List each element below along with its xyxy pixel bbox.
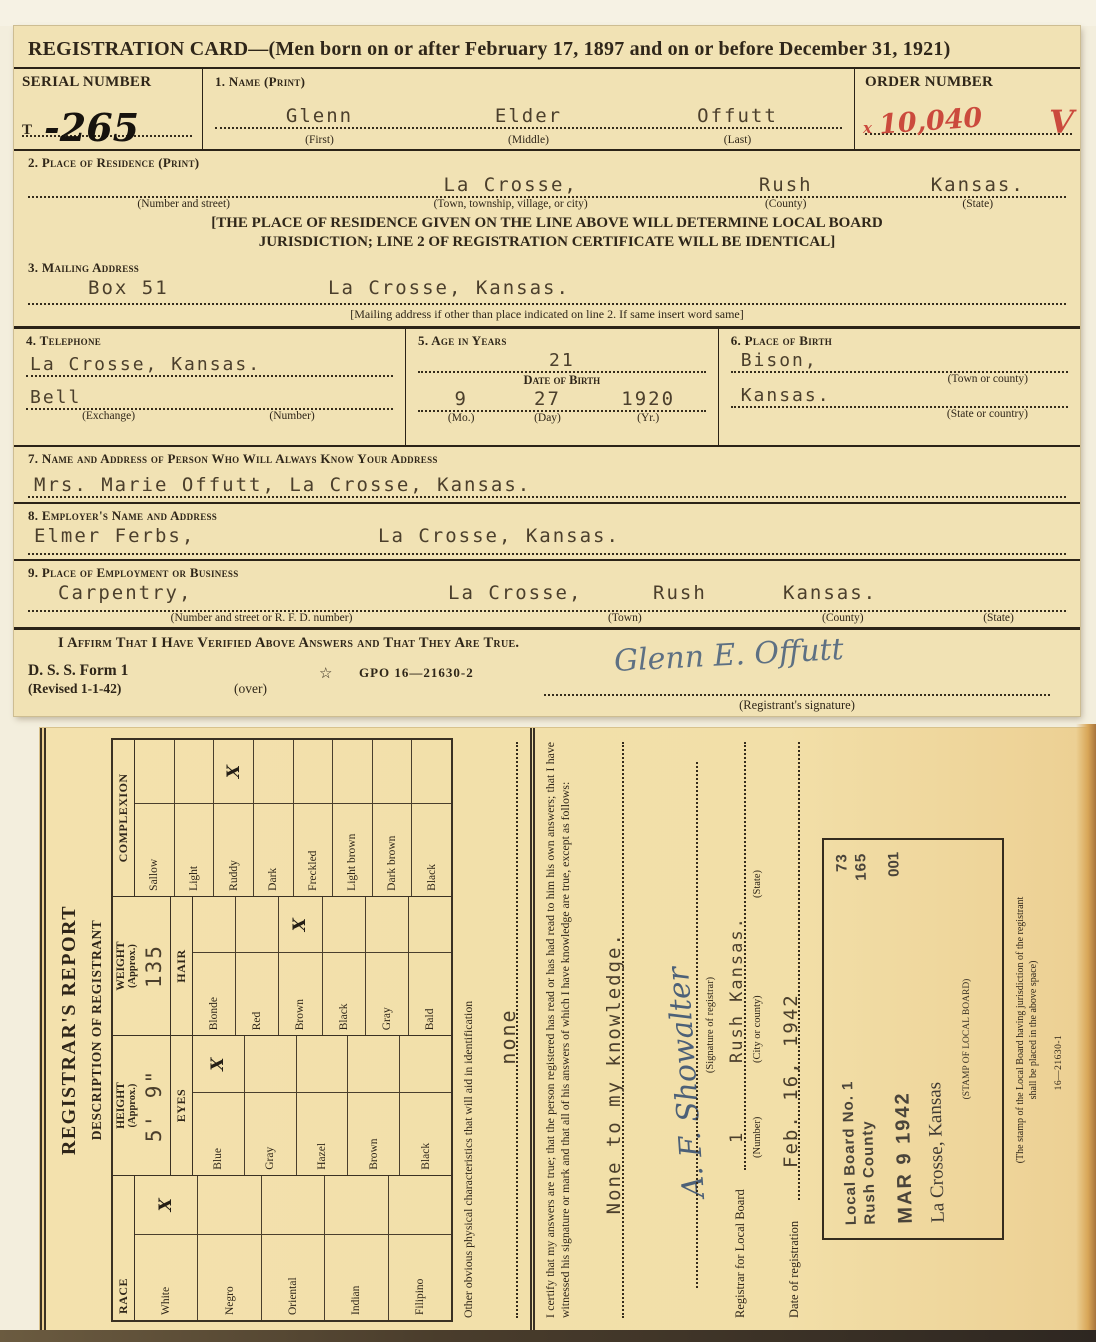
local-board-stamp: Local Board No. 1 73 Rush County 165 MAR… xyxy=(831,851,950,1226)
name-sub-middle: (Middle) xyxy=(424,134,633,146)
stamp-note-line1: (The stamp of the Local Board having jur… xyxy=(1014,728,1027,1332)
complexion-row-light: Light xyxy=(175,740,215,896)
employment-sub-street: (Number and street or R. F. D. number) xyxy=(28,612,495,624)
serial-number-cell: SERIAL NUMBER T -265 xyxy=(14,69,203,149)
eyes-label: Hazel xyxy=(316,1093,328,1175)
residence-street-blank xyxy=(28,174,339,196)
residence-typed-row: La Crosse, Rush Kansas. xyxy=(28,174,1066,196)
form-revision: (Revised 1-1-42) xyxy=(28,681,121,697)
complexion-row-sallow: Sallow xyxy=(135,740,175,896)
hair-mark xyxy=(409,897,451,954)
eyes-row-gray: Gray xyxy=(245,1036,297,1174)
height-header: HEIGHT xyxy=(115,1036,127,1174)
form-number: D. S. S. Form 1 xyxy=(28,662,128,680)
employer-name: Elmer Ferbs, xyxy=(34,525,195,547)
telephone-cell: 4. Telephone La Crosse, Kansas. Bell (Ex… xyxy=(14,329,406,445)
race-label: Filipino xyxy=(414,1235,426,1320)
scan-margin-top xyxy=(0,0,1096,26)
mailing-city: La Crosse, Kansas. xyxy=(328,277,570,299)
complexion-mark xyxy=(175,740,214,804)
employer-label: 8. Employer's Name and Address xyxy=(28,508,217,523)
card-title: REGISTRATION CARD—(Men born on or after … xyxy=(14,26,1080,69)
local-board-sublabels: (Number) (City or county) (State) xyxy=(752,742,766,1318)
residence-sublabels: (Number and street) (Town, township, vil… xyxy=(28,198,1066,212)
employment-sub-county: (County) xyxy=(755,612,931,624)
stamp-code-1: 73 xyxy=(833,853,850,872)
birthplace-sub-state: (State or country) xyxy=(947,408,1028,420)
scan-edge-bottom xyxy=(0,1330,1096,1342)
hair-mark: X xyxy=(279,897,321,954)
hair-row-bald: Bald xyxy=(409,897,451,1035)
hair-label: Red xyxy=(251,953,263,1035)
double-rule xyxy=(530,728,535,1332)
residence-sub-state: (State) xyxy=(890,198,1066,210)
other-characteristics-label: Other obvious physical characteristics t… xyxy=(461,742,476,1318)
registration-card-back: REGISTRAR'S REPORT DESCRIPTION OF REGIST… xyxy=(40,728,1096,1332)
order-number-label: ORDER NUMBER xyxy=(865,74,993,90)
date-of-registration-label: Date of registration xyxy=(787,1221,802,1318)
dotted-line xyxy=(28,496,1066,498)
employer-section: 8. Employer's Name and Address Elmer Fer… xyxy=(14,504,1080,555)
star-icon: ☆ xyxy=(319,664,332,683)
hair-mark xyxy=(323,897,365,954)
name-label: 1. Name (Print) xyxy=(215,74,305,89)
residence-label: 2. Place of Residence (Print) xyxy=(28,155,199,170)
race-row-oriental: Oriental xyxy=(262,1176,325,1320)
complexion-mark xyxy=(333,740,372,804)
complexion-header: COMPLEXION xyxy=(113,740,135,896)
weight-header: WEIGHT xyxy=(115,897,127,1035)
residence-town: La Crosse, xyxy=(339,174,682,196)
local-board-sub-city: (City or county) xyxy=(752,995,763,1063)
eyes-label: Blue xyxy=(212,1093,224,1175)
residence-section: 2. Place of Residence (Print) La Crosse,… xyxy=(14,151,1080,212)
dob-sublabels: (Mo.) (Day) (Yr.) xyxy=(418,412,706,424)
contact-label: 7. Name and Address of Person Who Will A… xyxy=(28,451,438,466)
telephone-age-birth-row: 4. Telephone La Crosse, Kansas. Bell (Ex… xyxy=(14,329,1080,447)
weight-hair-column: WEIGHT (Approx.) 135 HAIR Blonde Red Bro… xyxy=(113,897,451,1036)
employment-typed-row: Carpentry, La Crosse, Rush Kansas. xyxy=(28,582,1066,610)
jurisdiction-notice: [THE PLACE OF RESIDENCE GIVEN ON THE LIN… xyxy=(14,212,1080,256)
eyes-row-blue: Blue X xyxy=(193,1036,245,1174)
name-first: Glenn xyxy=(215,105,424,127)
eyes-row-black: Black xyxy=(400,1036,451,1174)
complexion-mark xyxy=(254,740,293,804)
registrar-signature-label: (Signature of registrar) xyxy=(705,762,716,1288)
jurisdiction-notice-line2: JURISDICTION; LINE 2 OF REGISTRATION CER… xyxy=(34,233,1060,252)
complexion-row-dark: Dark xyxy=(254,740,294,896)
local-board-stamp-box: Local Board No. 1 73 Rush County 165 MAR… xyxy=(822,838,1004,1240)
hair-row-brown: Brown X xyxy=(279,897,322,1035)
employer-city: La Crosse, Kansas. xyxy=(378,525,620,547)
eyes-label: Brown xyxy=(368,1093,380,1175)
dotted-line xyxy=(28,553,1066,555)
dotted-line xyxy=(215,127,842,129)
mailing-box: Box 51 xyxy=(88,277,169,299)
telephone-line2: Bell xyxy=(30,387,393,408)
scan-edge-right xyxy=(1076,724,1096,1330)
stamp-note-line2: shall be placed in the above space) xyxy=(1027,728,1040,1332)
employment-sub-state: (State) xyxy=(931,612,1066,624)
height-eyes-column: HEIGHT (Approx.) 5' 9" EYES Blue X Gray … xyxy=(113,1036,451,1175)
complexion-mark: X xyxy=(214,740,253,804)
local-board-label: Registrar for Local Board xyxy=(733,1189,748,1318)
serial-number-label: SERIAL NUMBER xyxy=(22,74,151,90)
complexion-mark xyxy=(294,740,333,804)
eyes-label: Gray xyxy=(264,1093,276,1175)
race-label: Indian xyxy=(350,1235,362,1320)
contact-value: Mrs. Marie Offutt, La Crosse, Kansas. xyxy=(34,474,1066,496)
eyes-mark: X xyxy=(193,1036,244,1093)
local-board-line: Registrar for Local Board 1 Rush Kansas. xyxy=(722,742,752,1318)
serial-number-value: -265 xyxy=(44,113,139,143)
birthplace-label: 6. Place of Birth xyxy=(731,333,832,348)
dotted-line: x 10,040 V xyxy=(865,133,1072,135)
eyes-mark xyxy=(348,1036,399,1093)
complexion-label: Sallow xyxy=(148,804,160,896)
birthplace-sub1-row: (Town or county) xyxy=(731,373,1068,385)
complexion-label: Dark xyxy=(267,804,279,896)
over-label: (over) xyxy=(234,681,267,697)
complexion-row-black: Black xyxy=(412,740,451,896)
gpo-print-code: GPO 16—21630-2 xyxy=(359,665,474,681)
other-characteristics-value: none xyxy=(496,1008,520,1064)
complexion-row-freckled: Freckled xyxy=(294,740,334,896)
date-of-registration-line: Date of registration Feb. 16, 1942 xyxy=(776,742,806,1318)
residence-sub-county: (County) xyxy=(682,198,890,210)
mailing-typed-row: Box 51 La Crosse, Kansas. xyxy=(28,277,1066,303)
employment-sublabels: (Number and street or R. F. D. number) (… xyxy=(28,612,1066,627)
employment-sub-town: (Town) xyxy=(495,612,755,624)
stamp-board-name: Local Board No. 1 xyxy=(839,1080,860,1225)
employment-state: Kansas. xyxy=(783,582,877,604)
date-of-birth-label: Date of Birth xyxy=(418,373,706,388)
dotted-line: T -265 xyxy=(22,135,192,137)
race-mark xyxy=(262,1176,324,1235)
local-board-sub-number: (Number) xyxy=(752,1117,763,1158)
birthplace-town: Bison, xyxy=(741,350,1068,371)
hair-label: Blonde xyxy=(208,953,220,1035)
local-board-number: 1 xyxy=(727,1131,747,1143)
jurisdiction-notice-line1: [THE PLACE OF RESIDENCE GIVEN ON THE LIN… xyxy=(34,214,1060,233)
race-label: Negro xyxy=(224,1235,236,1320)
complexion-label: Light xyxy=(188,804,200,896)
employment-label: 9. Place of Employment or Business xyxy=(28,565,239,580)
eyes-label: Black xyxy=(420,1093,432,1175)
hair-mark xyxy=(236,897,278,954)
certification-value: None to my knowledge. xyxy=(603,932,625,1214)
residence-sub-street: (Number and street) xyxy=(28,198,339,210)
birthplace-sub2-row: (State or country) xyxy=(731,408,1068,420)
race-row-negro: Negro xyxy=(198,1176,261,1320)
age-cell: 5. Age in Years 21 Date of Birth 9 27 19… xyxy=(406,329,719,445)
dob-month: 9 xyxy=(418,388,504,410)
hair-label: Gray xyxy=(381,953,393,1035)
weight-value: 135 xyxy=(142,897,166,1035)
race-row-indian: Indian xyxy=(325,1176,388,1320)
dob-sub-day: (Day) xyxy=(504,412,590,424)
complexion-label: Dark brown xyxy=(386,804,398,896)
race-column: RACE White X Negro Oriental Indian xyxy=(113,1176,451,1320)
weight-box: WEIGHT (Approx.) 135 xyxy=(113,897,171,1035)
back-print-code: 16—21630-1 xyxy=(1054,728,1064,1090)
age-label: 5. Age in Years xyxy=(418,333,507,348)
complexion-column: COMPLEXION Sallow Light Ruddy X Dark xyxy=(113,740,451,897)
residence-state: Kansas. xyxy=(890,174,1066,196)
hair-mark xyxy=(366,897,408,954)
eyes-mark xyxy=(297,1036,348,1093)
contact-section: 7. Name and Address of Person Who Will A… xyxy=(14,447,1080,498)
complexion-label: Light brown xyxy=(346,804,358,896)
serial-prefix: T xyxy=(22,122,32,139)
stamp-date-row: MAR 9 1942 001 xyxy=(885,851,918,1223)
stamp-date: MAR 9 1942 xyxy=(891,1091,917,1224)
race-row-white: White X xyxy=(135,1176,198,1320)
description-table: RACE White X Negro Oriental Indian xyxy=(111,738,453,1322)
residence-county: Rush xyxy=(682,174,890,196)
registrars-report-title: REGISTRAR'S REPORT xyxy=(58,728,81,1332)
complexion-mark xyxy=(373,740,412,804)
telephone-sub-exchange: (Exchange) xyxy=(26,410,191,422)
race-mark xyxy=(198,1176,260,1235)
dotted-line xyxy=(544,694,1050,696)
hair-label: Black xyxy=(338,953,350,1035)
eyes-mark xyxy=(400,1036,451,1093)
name-cell: 1. Name (Print) Glenn Elder Offutt (Firs… xyxy=(203,69,854,149)
weight-header-approx: (Approx.) xyxy=(127,897,138,1035)
order-x-mark: x xyxy=(863,119,872,137)
stamp-city: La Crosse, Kansas xyxy=(918,851,950,1223)
name-sub-first: (First) xyxy=(215,134,424,146)
race-header: RACE xyxy=(113,1176,135,1320)
hair-header: HAIR xyxy=(171,897,193,1035)
dob-sub-yr: (Yr.) xyxy=(591,412,706,424)
eyes-row-brown: Brown xyxy=(348,1036,400,1174)
stamp-instruction-note: (The stamp of the Local Board having jur… xyxy=(1014,728,1040,1332)
registration-card-front: REGISTRATION CARD—(Men born on or after … xyxy=(14,26,1080,716)
complexion-row-light-brown: Light brown xyxy=(333,740,373,896)
name-sublabels: (First) (Middle) (Last) xyxy=(215,134,842,146)
complexion-mark xyxy=(412,740,451,804)
name-sub-last: (Last) xyxy=(633,134,842,146)
order-number-value: 10,040 xyxy=(878,102,983,140)
stamp-printed-label: (STAMP OF LOCAL BOARD) xyxy=(962,840,972,1238)
complexion-mark xyxy=(135,740,174,804)
race-mark xyxy=(325,1176,387,1235)
eyes-row-hazel: Hazel xyxy=(297,1036,349,1174)
registrars-report-page: REGISTRAR'S REPORT DESCRIPTION OF REGIST… xyxy=(40,728,1096,1332)
certification-line: None to my knowledge. xyxy=(600,742,626,1318)
birthplace-cell: 6. Place of Birth Bison, (Town or county… xyxy=(719,329,1080,445)
complexion-row-dark-brown: Dark brown xyxy=(373,740,413,896)
dotted-line xyxy=(696,762,698,1288)
draft-card-scan: { "front": { "title": "REGISTRATION CARD… xyxy=(0,0,1096,1342)
employment-town: La Crosse, xyxy=(448,582,582,604)
hair-label: Bald xyxy=(424,953,436,1035)
mailing-label: 3. Mailing Address xyxy=(28,260,139,275)
mailing-note: [Mailing address if other than place ind… xyxy=(28,305,1066,326)
dob-year: 1920 xyxy=(591,388,706,410)
race-mark xyxy=(389,1176,451,1235)
order-number-suffix: V xyxy=(1049,103,1074,141)
dotted-line xyxy=(26,375,393,377)
employer-typed-row: Elmer Ferbs, La Crosse, Kansas. xyxy=(28,525,1066,553)
order-number-cell: ORDER NUMBER x 10,040 V xyxy=(854,69,1080,149)
residence-sub-town: (Town, township, village, or city) xyxy=(339,198,682,210)
name-typed-row: Glenn Elder Offutt xyxy=(215,105,842,127)
local-board-city: Rush Kansas. xyxy=(727,916,747,1063)
serial-name-order-row: SERIAL NUMBER T -265 1. Name (Print) Gle… xyxy=(14,69,1080,151)
height-value: 5' 9" xyxy=(142,1036,166,1174)
dob-day: 27 xyxy=(504,388,590,410)
birthplace-state: Kansas. xyxy=(741,385,1068,406)
description-of-registrant-title: DESCRIPTION OF REGISTRANT xyxy=(89,728,105,1332)
telephone-sub-number: (Number) xyxy=(191,410,393,422)
date-of-registration-value: Feb. 16, 1942 xyxy=(780,993,802,1168)
date-of-birth-values: 9 27 1920 xyxy=(418,388,706,410)
height-box: HEIGHT (Approx.) 5' 9" xyxy=(113,1036,171,1174)
complexion-label: Freckled xyxy=(307,804,319,896)
stamp-code-3: 001 xyxy=(885,851,909,877)
stamp-code-2: 165 xyxy=(852,852,870,880)
employment-business: Carpentry, xyxy=(58,582,192,604)
hair-row-blonde: Blonde xyxy=(193,897,236,1035)
race-row-filipino: Filipino xyxy=(389,1176,451,1320)
eyes-header: EYES xyxy=(171,1036,193,1174)
name-last: Offutt xyxy=(633,105,842,127)
age-value: 21 xyxy=(418,350,706,371)
registrant-signature-label: (Registrant's signature) xyxy=(544,698,1050,713)
hair-mark xyxy=(193,897,235,954)
race-label: White xyxy=(160,1235,172,1320)
stamp-county: Rush County xyxy=(859,1120,879,1225)
front-footer: D. S. S. Form 1 (Revised 1-1-42) (over) … xyxy=(14,654,1080,720)
hair-label: Brown xyxy=(294,953,306,1035)
race-label: Oriental xyxy=(287,1235,299,1320)
race-mark: X xyxy=(135,1176,197,1235)
dob-sub-mo: (Mo.) xyxy=(418,412,504,424)
registrar-signature-block: A. F. Showalter (Signature of registrar) xyxy=(626,742,718,1318)
certification-text: I certify that my answers are true; that… xyxy=(543,742,574,1318)
telephone-line1: La Crosse, Kansas. xyxy=(30,354,393,375)
eyes-mark xyxy=(245,1036,296,1093)
complexion-label: Black xyxy=(426,804,438,896)
employment-county: Rush xyxy=(653,582,707,604)
affirmation-text: I Affirm That I Have Verified Above Answ… xyxy=(14,630,1080,654)
hair-row-gray: Gray xyxy=(366,897,409,1035)
telephone-label: 4. Telephone xyxy=(26,333,101,348)
hair-row-red: Red xyxy=(236,897,279,1035)
height-header-approx: (Approx.) xyxy=(127,1036,138,1174)
complexion-label: Ruddy xyxy=(228,804,240,896)
other-characteristics-line: none xyxy=(496,742,520,1318)
mailing-section: 3. Mailing Address Box 51 La Crosse, Kan… xyxy=(14,256,1080,326)
birthplace-sub-town: (Town or county) xyxy=(948,373,1028,385)
local-board-sub-state: (State) xyxy=(752,870,763,898)
hair-row-black: Black xyxy=(323,897,366,1035)
name-middle: Elder xyxy=(424,105,633,127)
complexion-row-ruddy: Ruddy X xyxy=(214,740,254,896)
telephone-sublabels: (Exchange) (Number) xyxy=(26,410,393,422)
employment-section: 9. Place of Employment or Business Carpe… xyxy=(14,561,1080,627)
